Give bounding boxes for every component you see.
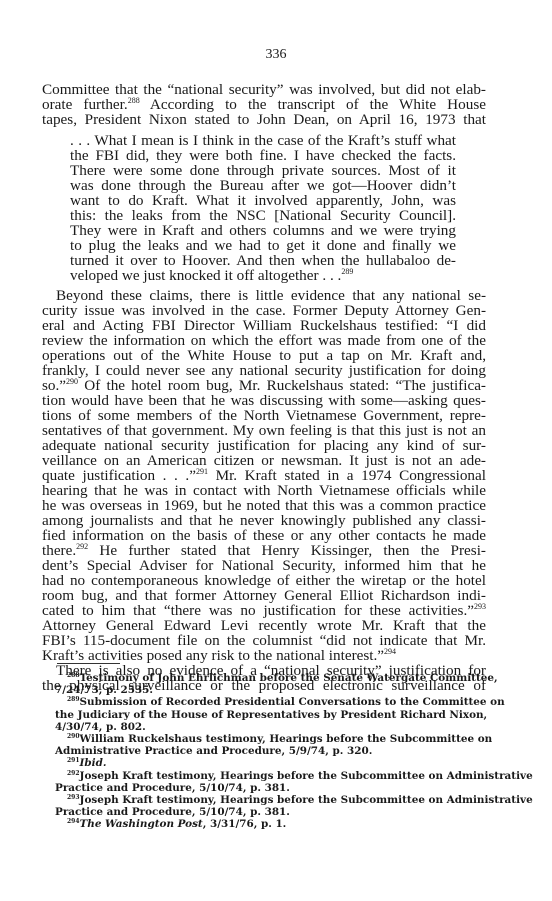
footnote-line: 294The Washington Post, 3/31/76, p. 1.: [67, 818, 487, 832]
quote-line: the FBI did, they were both fine. I have…: [70, 148, 456, 163]
footnote-line: the Judiciary of the House of Representa…: [55, 709, 487, 721]
footnote-number: 289: [67, 696, 80, 703]
body-line: operations out of the White House to put…: [42, 348, 486, 363]
body-line: hearing that he was in contact with Nort…: [42, 483, 486, 498]
body-line: frankly, I could never see any national …: [42, 363, 486, 378]
body-line: eral and Acting FBI Director William Ruc…: [42, 318, 486, 333]
body-line: Committee that the “national security” w…: [42, 82, 486, 97]
footnote-line: Practice and Procedure, 5/10/74, p. 381.: [55, 806, 487, 818]
body-line: veillance on an American citizen or news…: [42, 453, 486, 468]
footnote-line: Administrative Practice and Procedure, 5…: [55, 745, 487, 757]
body-line: he was overseas in 1969, but he noted th…: [42, 498, 486, 513]
footnote-number: 292: [67, 770, 80, 777]
body-line: Beyond these claims, there is little evi…: [56, 288, 486, 303]
footnote-line: 4/30/74, p. 802.: [55, 721, 487, 733]
quote-line: veloped we just knocked it off altogethe…: [70, 268, 456, 285]
footnote-ref: 290: [66, 377, 78, 386]
quote-line: this: the leaks from the NSC [National S…: [70, 208, 456, 223]
body-line: dent’s Special Adviser for National Secu…: [42, 558, 486, 573]
footnote-ref: 293: [474, 602, 486, 611]
footnote-ref: 291: [196, 467, 208, 476]
body-line: FBI’s 115-document file on the columnist…: [42, 633, 486, 648]
body-line: tions of some members of the North Vietn…: [42, 408, 486, 423]
footnote-ref: 288: [128, 96, 140, 105]
body-line: room bug, and that former Attorney Gener…: [42, 588, 486, 603]
body-line: among journalists and that he never know…: [42, 513, 486, 528]
body-line: curity issue was involved in the case. F…: [42, 303, 486, 318]
footnote-number: 293: [67, 794, 80, 801]
body-line: adequate national security justification…: [42, 438, 486, 453]
body-line: had no contemporaneous knowledge of eith…: [42, 573, 486, 588]
footnote-line: Practice and Procedure, 5/10/74, p. 381.: [55, 782, 487, 794]
quote-line: They were in Kraft and others columns an…: [70, 223, 456, 238]
footnote-number: 288: [67, 672, 80, 679]
footnote-rule: [57, 663, 120, 664]
footnote-ref: 289: [341, 267, 353, 276]
body-line: Attorney General Edward Levi recently wr…: [42, 618, 486, 633]
footnote-ref: 292: [76, 542, 88, 551]
body-line: fied information on the basis of these o…: [42, 528, 486, 543]
body-line: tapes, President Nixon stated to John De…: [42, 112, 486, 127]
quote-line: There were some done through private sou…: [70, 163, 456, 178]
page-number: 336: [0, 47, 552, 63]
footnote-number: 294: [67, 818, 80, 825]
footnote-number: 291: [67, 757, 80, 764]
footnote-line: 7/24/73, p. 2535.: [55, 684, 487, 696]
quote-line: . . . What I mean is I think in the case…: [70, 133, 456, 148]
quote-line: was done through the Bureau after we got…: [70, 178, 456, 193]
body-line: tion would have been that he was discuss…: [42, 393, 486, 408]
footnote-ref: 294: [384, 647, 396, 656]
quote-line: to plug the leaks and we had to get it d…: [70, 238, 456, 253]
body-line: sentatives of that government. My own fe…: [42, 423, 486, 438]
footnote-number: 290: [67, 733, 80, 740]
body-line: review the information on which the effo…: [42, 333, 486, 348]
quote-line: want to do Kraft. What it involved appar…: [70, 193, 456, 208]
quote-line: turned it over to Hoover. And then when …: [70, 253, 456, 268]
